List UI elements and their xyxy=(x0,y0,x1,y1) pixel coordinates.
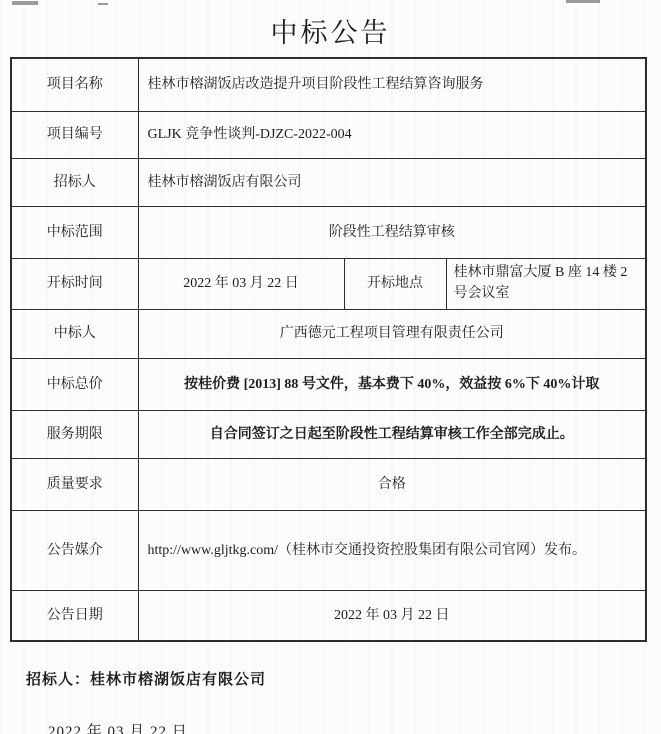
project-name-value: 桂林市榕湖饭店改造提升项目阶段性工程结算咨询服务 xyxy=(138,58,646,111)
table-row: 开标时间 2022 年 03 月 22 日 开标地点 桂林市鼎富大厦 B 座 1… xyxy=(11,258,646,309)
winner-label: 中标人 xyxy=(11,309,138,358)
service-period-value: 自合同签订之日起至阶段性工程结算审核工作全部完成止。 xyxy=(138,410,646,458)
announce-date-label: 公告日期 xyxy=(11,590,138,641)
open-time-value: 2022 年 03 月 22 日 xyxy=(138,258,344,309)
table-row: 公告日期 2022 年 03 月 22 日 xyxy=(11,590,646,641)
bid-scope-value: 阶段性工程结算审核 xyxy=(138,206,646,258)
total-price-label: 中标总价 xyxy=(11,358,138,410)
project-no-value: GLJK 竞争性谈判-DJZC-2022-004 xyxy=(138,111,646,158)
tenderer-value: 桂林市榕湖饭店有限公司 xyxy=(138,158,646,206)
bid-scope-label: 中标范围 xyxy=(11,206,138,258)
table-row: 公告媒介 http://www.gljtkg.com/（桂林市交通投资控股集团有… xyxy=(11,510,646,590)
scan-artifact xyxy=(98,3,108,5)
quality-label: 质量要求 xyxy=(11,458,138,510)
footer-date-line: 2022 年 03 月 22 日 xyxy=(48,720,661,734)
table-row: 招标人 桂林市榕湖饭店有限公司 xyxy=(11,158,646,206)
quality-value: 合格 xyxy=(138,458,646,510)
media-label: 公告媒介 xyxy=(11,510,138,590)
scan-artifact xyxy=(12,1,38,5)
service-period-label: 服务期限 xyxy=(11,410,138,458)
announce-date-value: 2022 年 03 月 22 日 xyxy=(138,590,646,641)
tenderer-label: 招标人 xyxy=(11,158,138,206)
open-time-label: 开标时间 xyxy=(11,258,138,309)
table-row: 项目名称 桂林市榕湖饭店改造提升项目阶段性工程结算咨询服务 xyxy=(11,58,646,111)
scan-artifact xyxy=(566,0,600,3)
total-price-value: 按桂价费 [2013] 88 号文件，基本费下 40%，效益按 6%下 40%计… xyxy=(138,358,646,410)
footer-tenderer-line: 招标人：桂林市榕湖饭店有限公司 xyxy=(26,668,661,689)
table-row: 质量要求 合格 xyxy=(11,458,646,510)
table-row: 中标总价 按桂价费 [2013] 88 号文件，基本费下 40%，效益按 6%下… xyxy=(11,358,646,410)
open-place-label: 开标地点 xyxy=(344,258,446,309)
project-name-label: 项目名称 xyxy=(11,58,138,111)
table-row: 中标范围 阶段性工程结算审核 xyxy=(11,206,646,258)
winner-value: 广西德元工程项目管理有限责任公司 xyxy=(138,309,646,358)
table-row: 项目编号 GLJK 竞争性谈判-DJZC-2022-004 xyxy=(11,111,646,158)
open-place-value: 桂林市鼎富大厦 B 座 14 楼 2 号会议室 xyxy=(446,258,646,309)
page-title: 中标公告 xyxy=(0,0,661,50)
project-no-label: 项目编号 xyxy=(11,111,138,158)
table-row: 中标人 广西德元工程项目管理有限责任公司 xyxy=(11,309,646,358)
bid-announcement-table: 项目名称 桂林市榕湖饭店改造提升项目阶段性工程结算咨询服务 项目编号 GLJK … xyxy=(10,57,647,642)
table-row: 服务期限 自合同签订之日起至阶段性工程结算审核工作全部完成止。 xyxy=(11,410,646,458)
media-value: http://www.gljtkg.com/（桂林市交通投资控股集团有限公司官网… xyxy=(138,510,646,590)
